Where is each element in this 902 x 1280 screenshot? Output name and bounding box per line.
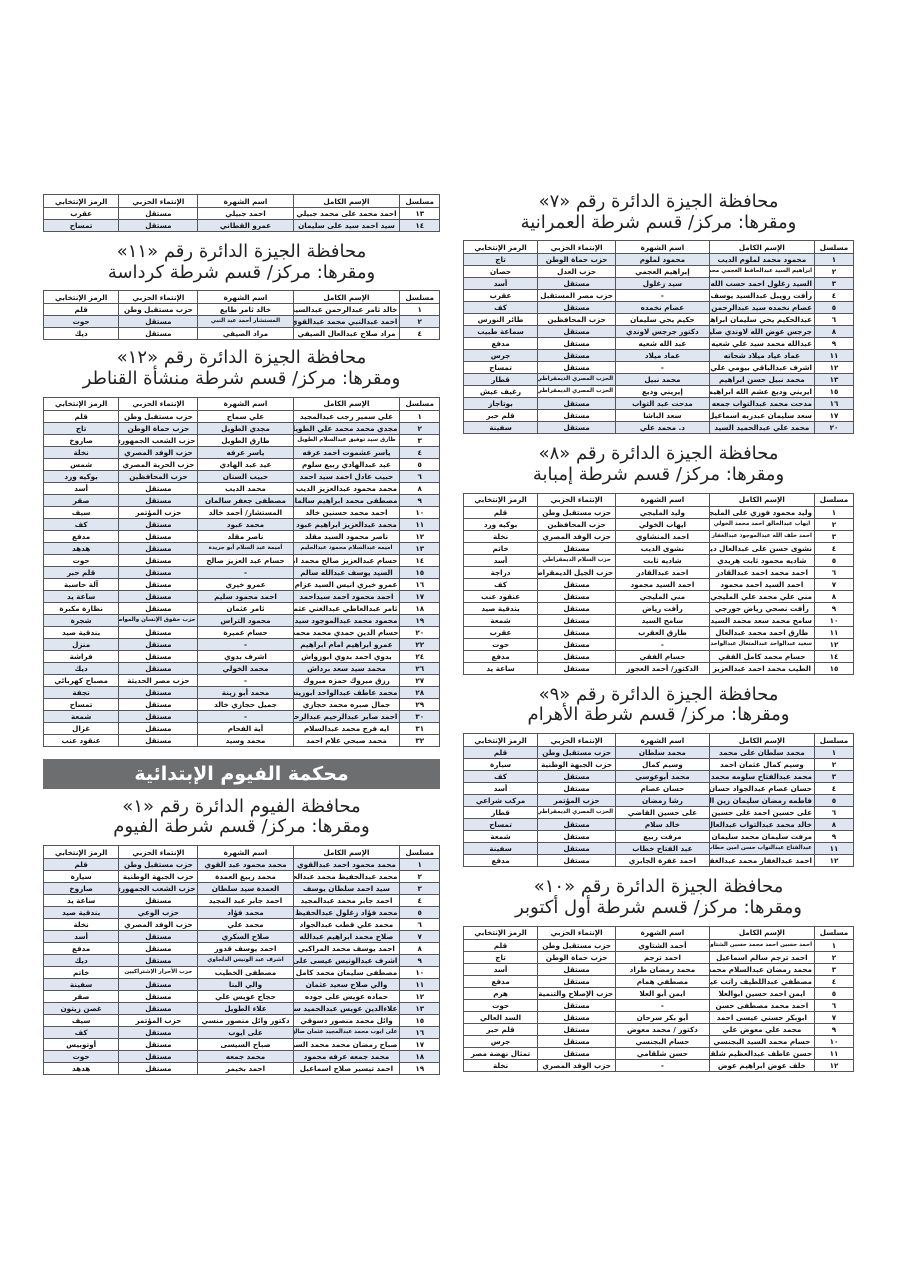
header-serial: مسلسل: [400, 397, 440, 410]
section-title: محافظة الجيزة الدائرة رقم «١٢»ومقرها: مر…: [43, 348, 440, 389]
section-giza-10: محافظة الجيزة الدائرة رقم «١٠»ومقرها: مر…: [463, 877, 854, 1071]
cell-party: مستقل: [538, 1011, 616, 1023]
table-row: ١١حسن عاطف عبدالعظيم شلقاميحسن شلقاميمست…: [464, 1047, 854, 1059]
cell-serial: ١: [815, 939, 854, 951]
cell-serial: ٢: [400, 871, 440, 883]
cell-party: مستقل: [538, 362, 616, 374]
cell-full-name: علاءالدين عويس عبدالحميد سعد: [293, 1003, 400, 1015]
cell-party: مستقل: [119, 734, 198, 746]
header-full-name: الإسم الكامل: [293, 846, 400, 859]
cell-serial: ٣: [815, 278, 854, 290]
cell-symbol: تمثال نهضة مصر: [464, 1047, 538, 1059]
cell-symbol: فراشة: [44, 650, 119, 662]
table-row: ٩رأفت نصحي رياض جورجيرأفت رياضمستقلبندقي…: [464, 602, 854, 614]
cell-known-name: سامح السيد: [616, 614, 710, 626]
cell-full-name: حسام محمد كامل الفقي: [709, 650, 814, 662]
table-row: ١٥السيد يوسف عبدالله سالم-مستقلقلم حبر: [44, 566, 440, 578]
cell-symbol: أسد: [464, 278, 538, 290]
cell-known-name: حسام الفقي: [616, 650, 710, 662]
cell-party: مستقل: [119, 991, 198, 1003]
table-header-row: مسلسلالإسم الكاملاسم الشهرةالإنتماء الحز…: [464, 241, 854, 254]
cell-symbol: حوت: [44, 554, 119, 566]
cell-serial: ١٢: [815, 362, 854, 374]
cell-symbol: تمساح: [464, 819, 538, 831]
title-line-district: محافظة الجيزة الدائرة رقم «٩»: [463, 685, 854, 706]
cell-serial: ١٧: [400, 1039, 440, 1051]
cell-symbol: عقرب: [44, 208, 119, 220]
cell-known-name: المستشار أحمد عبد النبي: [198, 316, 293, 328]
cell-full-name: محمد علي معوض علي: [709, 1023, 814, 1035]
cell-party: مستقل: [119, 943, 198, 955]
cell-party: مستقل: [538, 302, 616, 314]
cell-symbol: حوت: [44, 316, 119, 328]
table-header-row: مسلسلالإسم الكاملاسم الشهرةالإنتماء الحز…: [464, 926, 854, 939]
cell-known-name: احمد السيد محمود: [616, 578, 710, 590]
cell-symbol: بوكيه ورد: [464, 518, 538, 530]
cell-serial: ٢٠: [815, 422, 854, 434]
cell-known-name: وسيم كمال: [616, 759, 710, 771]
cell-serial: ١: [815, 747, 854, 759]
header-known-name: اسم الشهرة: [616, 493, 710, 506]
table-row: ٣محمد رمضان عبدالسلام محمدمحمد رمضان طرا…: [464, 963, 854, 975]
cell-serial: ٢: [815, 759, 854, 771]
table-row: ٣احمد خلف الله عبدالموجود عبدالغفاراحمد …: [464, 530, 854, 542]
candidates-table: مسلسلالإسم الكاملاسم الشهرةالإنتماء الحز…: [463, 926, 854, 1072]
cell-full-name: خلف عوض ابراهيم عوض: [709, 1059, 814, 1071]
cell-party: حزب مستقبل وطن: [538, 747, 616, 759]
cell-party: حزب الشعب الجمهوري: [119, 434, 198, 446]
header-full-name: الإسم الكامل: [293, 195, 400, 208]
table-header-row: مسلسلالإسم الكاملاسم الشهرةالإنتماء الحز…: [464, 734, 854, 747]
cell-known-name: محمد الخولي: [198, 662, 293, 674]
cell-serial: ٣: [815, 771, 854, 783]
cell-known-name: محمد سلطان: [616, 747, 710, 759]
cell-party: مستقل: [119, 1051, 198, 1063]
cell-full-name: احمد حسين احمد محمد حسين الشتاوي: [709, 939, 814, 951]
table-row: ١١والي صلاح سعيد عثمانوالي البنامستقلسفي…: [44, 979, 440, 991]
cell-party: حزب مستقبل وطن: [119, 304, 198, 316]
cell-full-name: صباح رمضان محمد محمد السيسى: [293, 1039, 400, 1051]
cell-party: حزب مصر الحديثة: [119, 674, 198, 686]
table-row: ٢محمد عبدالحفيظ محمد عبدالحفيظمحمد ربيع …: [44, 871, 440, 883]
cell-full-name: محمد عاطف عبدالواحد ابوزينه: [293, 686, 400, 698]
cell-symbol: خاتم: [464, 542, 538, 554]
candidates-table: مسلسلالإسم الكاملاسم الشهرةالإنتماء الحز…: [463, 733, 854, 867]
cell-full-name: حبيب عادل احمد سيد احمد: [293, 470, 400, 482]
header-serial: مسلسل: [815, 241, 854, 254]
cell-known-name: العمدة سيد سلطان: [198, 883, 293, 895]
table-row: ١٥ايريني وديع عشم الله ابراهيمإيريني ودي…: [464, 386, 854, 398]
cell-full-name: محمد جمعه عرفه محمود: [293, 1051, 400, 1063]
cell-full-name: احمد جابر محمد عبدالمجيد: [293, 895, 400, 907]
cell-known-name: على ايوب: [198, 1027, 293, 1039]
cell-symbol: بوكيه ورد: [44, 470, 119, 482]
cell-party: الحزب المصري الديمقراطي الإجتماعي: [538, 386, 616, 398]
table-row: ٦محمد علي قطب عبدالجوادمحمد عليحزب الوفد…: [44, 919, 440, 931]
cell-symbol: نخلة: [464, 530, 538, 542]
cell-symbol: شمعة: [464, 614, 538, 626]
table-row: ١محمد سلطان على محمدمحمد سلطانحزب مستقبل…: [464, 747, 854, 759]
cell-serial: ١١: [815, 626, 854, 638]
cell-serial: ٥: [815, 795, 854, 807]
cell-party: مستقل: [119, 1003, 198, 1015]
cell-symbol: حوت: [464, 999, 538, 1011]
header-symbol: الرمز الإنتخابي: [44, 195, 119, 208]
cell-party: مستقل: [119, 590, 198, 602]
cell-full-name: عمرو خيري انيس السيد عزام: [293, 578, 400, 590]
cell-serial: ٧: [815, 1011, 854, 1023]
cell-party: مستقل: [119, 895, 198, 907]
cell-serial: ٥: [815, 302, 854, 314]
cell-serial: ١: [400, 304, 440, 316]
cell-party: مستقل: [119, 602, 198, 614]
cell-serial: ٣: [400, 883, 440, 895]
cell-serial: ١٦: [400, 578, 440, 590]
cell-symbol: قلم: [44, 304, 119, 316]
cell-serial: ١٠: [400, 967, 440, 979]
cell-party: مستقل: [538, 963, 616, 975]
table-row: ٥ايمن احمد حسين ابوالعلاايمن أبو العلاحز…: [464, 987, 854, 999]
cell-serial: ١٠: [815, 1035, 854, 1047]
cell-full-name: سيد احمد سلطان يوسف: [293, 883, 400, 895]
cell-known-name: مرفت ربيع: [616, 831, 710, 843]
cell-party: مستقل: [538, 1023, 616, 1035]
cell-serial: ٣٠: [400, 710, 440, 722]
cell-symbol: نجفة: [44, 686, 119, 698]
cell-symbol: منزل: [44, 638, 119, 650]
cell-party: مستقل: [538, 855, 616, 867]
cell-party: مستقل: [119, 686, 198, 698]
cell-known-name: محمد عبود: [198, 518, 293, 530]
cell-party: مستقل: [538, 626, 616, 638]
table-row: ١خالد ثامر عبدالرحمن عبدالسيدخالد ثامر ط…: [44, 304, 440, 316]
cell-symbol: حصان: [464, 266, 538, 278]
header-full-name: الإسم الكامل: [709, 241, 814, 254]
cell-full-name: اشرف عبدالونيس عيسى على: [293, 955, 400, 967]
section-title: محافظة الجيزة الدائرة رقم «٨»ومقرها: مرك…: [463, 444, 854, 485]
cell-full-name: خالد ثامر عبدالرحمن عبدالسيد: [293, 304, 400, 316]
cell-known-name: احمد جابر عبد المجيد: [198, 895, 293, 907]
cell-full-name: عبدالحكيم يحي سليمان ابراهيم: [709, 314, 814, 326]
table-row: ٧ابوبكر حسني عيسى احمدأبو بكر سرحانمستقل…: [464, 1011, 854, 1023]
cell-known-name: احمد جبيلي: [198, 208, 293, 220]
cell-full-name: رأفت نصحي رياض جورجي: [709, 602, 814, 614]
cell-serial: ٥: [815, 554, 854, 566]
cell-party: مستقل: [538, 578, 616, 590]
table-row: ٦احمد محمد احمد عبدالقادراحمد عبدالقادرح…: [464, 566, 854, 578]
title-line-seat: ومقرها: مركز/ قسم شرطة أول أكتوبر: [463, 898, 854, 919]
cell-serial: ٨: [815, 590, 854, 602]
cell-symbol: شمس: [44, 458, 119, 470]
cell-symbol: تاج: [464, 254, 538, 266]
cell-known-name: المستشار/ أحمد خالد: [198, 506, 293, 518]
cell-full-name: حماده عويس على جوده: [293, 991, 400, 1003]
cell-full-name: احمد تيسير صلاح اسماعيل: [293, 1063, 400, 1075]
cell-symbol: كف: [44, 1027, 119, 1039]
cell-serial: ٩: [815, 602, 854, 614]
cell-party: مستقل: [538, 602, 616, 614]
table-row: ٤احمد جابر محمد عبدالمجيداحمد جابر عبد ا…: [44, 895, 440, 907]
cell-full-name: عصام نخمده سيد عبدالرحمن: [709, 302, 814, 314]
cell-party: مستقل: [538, 338, 616, 350]
table-row: ١٠مصطفى سليمان محمد كاملمصطفى الخطيبحزب …: [44, 967, 440, 979]
table-row: ٨خالد محمد عبدالتواب عبدالعالخالد سلاممس…: [464, 819, 854, 831]
cell-full-name: مرفت سليمان محمد سليمان ربيع: [709, 831, 814, 843]
cell-symbol: صقر: [44, 494, 119, 506]
cell-party: الحزب المصري الديمقراطي الإجتماعي: [538, 807, 616, 819]
cell-known-name: مدحت عبد التواب: [616, 398, 710, 410]
header-full-name: الإسم الكامل: [293, 291, 400, 304]
cell-full-name: بدوي احمد بدوي ابوزواش: [293, 650, 400, 662]
cell-known-name: احمد محمود سليم: [198, 590, 293, 602]
cell-full-name: محمد علي قطب عبدالجواد: [293, 919, 400, 931]
cell-full-name: محمود محمد لملوم الديب: [709, 254, 814, 266]
cell-known-name: والي البنا: [198, 979, 293, 991]
table-row: ٤نشوى حسن على عبدالعال ديبنشوى الديبمستق…: [464, 542, 854, 554]
cell-known-name: حسام عبد العزيز صالح: [198, 554, 293, 566]
header-party: الإنتماء الحزبي: [538, 734, 616, 747]
cell-party: مستقل: [538, 326, 616, 338]
cell-known-name: حكيم يحي سليمان: [616, 314, 710, 326]
cell-known-name: محمد جمعه: [198, 1051, 293, 1063]
cell-full-name: ابوبكر حسني عيسى احمد: [709, 1011, 814, 1023]
cell-known-name: حجاج عويس علي: [198, 991, 293, 1003]
table-row: ٥فاطمه رمضان سليمان زين الدينرشا رمضانحز…: [464, 795, 854, 807]
table-row: ١احمد حسين احمد محمد حسين الشتاويأحمد ال…: [464, 939, 854, 951]
cell-serial: ١١: [815, 350, 854, 362]
table-row: ٢٢عمرو ابراهيم امام ابراهيم-مستقلمنزل: [44, 638, 440, 650]
table-row: ٦عبدالحكيم يحي سليمان ابراهيمحكيم يحي سل…: [464, 314, 854, 326]
table-row: ١٧احمد محمود احمد سيداحمداحمد محمود سليم…: [44, 590, 440, 602]
cell-symbol: أسد: [464, 963, 538, 975]
title-line-district: محافظة الجيزة الدائرة رقم «١١»: [43, 242, 440, 263]
header-party: الإنتماء الحزبي: [119, 397, 198, 410]
cell-party: حزب الجبهة الوطنية: [119, 871, 198, 883]
cell-known-name: أية الفحام: [198, 722, 293, 734]
cell-known-name: علي سماح: [198, 410, 293, 422]
cell-known-name: احمد بخيمر: [198, 1063, 293, 1075]
cell-party: حزب الوعي: [119, 907, 198, 919]
right-column: محافظة الجيزة الدائرة رقم «٧»ومقرها: مرك…: [463, 188, 854, 1072]
cell-serial: ١٨: [400, 602, 440, 614]
table-row: ٦على حسين احمد على حسينعلى حسين القاضيال…: [464, 807, 854, 819]
title-line-seat: ومقرها: مركز/ قسم شرطة الفيوم: [43, 817, 440, 838]
cell-symbol: نظارة مكبرة: [44, 602, 119, 614]
table-row: ١٢سعيد عبدالواحد عبدالمتعال عبدالواحد-مس…: [464, 638, 854, 650]
table-row: ٧احمد السيد احمد محموداحمد السيد محمودمس…: [464, 578, 854, 590]
section-title: محافظة الجيزة الدائرة رقم «١١»ومقرها: مر…: [43, 242, 440, 283]
table-row: ٩اشرف عبدالونيس عيسى علىاشرف عبد الونيس …: [44, 955, 440, 967]
table-row: ١٣اميمه عبدالسلام محمود عبدالحليمأميمة ع…: [44, 542, 440, 554]
cell-full-name: محمد علي عبدالحميد السيد: [709, 422, 814, 434]
cell-known-name: طارق الطويل: [198, 434, 293, 446]
cell-symbol: قطار: [464, 374, 538, 386]
cell-serial: ٦: [815, 314, 854, 326]
header-party: الإنتماء الحزبي: [538, 926, 616, 939]
cell-serial: ٢٩: [400, 698, 440, 710]
cell-symbol: نخلة: [44, 446, 119, 458]
title-line-seat: ومقرها: مركز/ قسم شرطة كرداسة: [43, 263, 440, 284]
cell-serial: ١: [400, 859, 440, 871]
table-row: ٢ابراهيم السيد عبدالحافظ العجمي محمدإبرا…: [464, 266, 854, 278]
cell-serial: ٢: [400, 422, 440, 434]
cell-full-name: اشرف عبدالباقي بيومي علي: [709, 362, 814, 374]
cell-serial: ٩: [815, 338, 854, 350]
cell-serial: ١١: [400, 979, 440, 991]
cell-serial: ١: [815, 506, 854, 518]
cell-symbol: سيف: [44, 506, 119, 518]
cell-known-name: أبو بكر سرحان: [616, 1011, 710, 1023]
table-row: ١علي سمير رجب عبدالمجيدعلي سماححزب مستقب…: [44, 410, 440, 422]
cell-symbol: جرس: [464, 350, 538, 362]
cell-full-name: محمود محمد عبدالموجود سيد احمد: [293, 614, 400, 626]
cell-party: مستقل: [119, 1063, 198, 1075]
cell-symbol: عقرب: [464, 626, 538, 638]
cell-party: مستقل: [119, 979, 198, 991]
title-line-district: محافظة الجيزة الدائرة رقم «٧»: [463, 192, 854, 213]
cell-symbol: حوت: [44, 1051, 119, 1063]
cell-symbol: بوتاجاز: [464, 398, 538, 410]
table-row: ٩محمد علي معوض عليدكتور / محمد معوضمستقل…: [464, 1023, 854, 1035]
cell-party: حزب حقوق الإنسان والمواطنة: [119, 614, 198, 626]
cell-full-name: سامح محمد سعد محمد السيد: [709, 614, 814, 626]
cell-full-name: احمد محمد مصطفى حسن: [709, 999, 814, 1011]
cell-serial: ٦: [400, 919, 440, 931]
cell-symbol: أسد: [464, 783, 538, 795]
table-row: ١محمد محمود احمد عبدالقويمحمد محمود عبد …: [44, 859, 440, 871]
cell-symbol: كف: [464, 302, 538, 314]
cell-serial: ٤: [815, 975, 854, 987]
cell-serial: ١٥: [400, 566, 440, 578]
cell-known-name: خالد ثامر طايع: [198, 304, 293, 316]
cell-symbol: مركب شراعي: [464, 795, 538, 807]
cell-full-name: حسن عاطف عبدالعظيم شلقامي: [709, 1047, 814, 1059]
cell-known-name: عيد عبد الهادي: [198, 458, 293, 470]
cell-full-name: عيد عبدالهادي ربيع سلوم: [293, 458, 400, 470]
cell-party: حزب الوفد المصري: [538, 530, 616, 542]
table-row: ١١عبدالفتاح عبدالتواب حسن امين خطابعبد ا…: [464, 843, 854, 855]
cell-symbol: قلم: [464, 939, 538, 951]
table-row: ١٩احمد تيسير صلاح اسماعيلاحمد بخيمرمستقل…: [44, 1063, 440, 1075]
cell-party: مستقل: [538, 1035, 616, 1047]
cell-serial: ٦: [400, 470, 440, 482]
cell-known-name: -: [616, 1059, 710, 1071]
table-row: ٤حسان عصام عبدالجواد حسانحسان عصاممستقلأ…: [464, 783, 854, 795]
cell-symbol: نخلة: [44, 919, 119, 931]
cell-symbol: تمساح: [464, 362, 538, 374]
cell-symbol: قلم: [464, 747, 538, 759]
cell-symbol: ساعة يد: [44, 590, 119, 602]
cell-serial: ١٤: [400, 554, 440, 566]
cell-serial: ١٣: [815, 374, 854, 386]
cell-party: مستقل: [119, 626, 198, 638]
header-party: الإنتماء الحزبي: [538, 241, 616, 254]
cell-full-name: ابراهيم السيد عبدالحافظ العجمي محمد: [709, 266, 814, 278]
cell-serial: ٥: [815, 987, 854, 999]
cell-symbol: قلم: [44, 410, 119, 422]
cell-known-name: مراد الصيفي: [198, 328, 293, 340]
header-full-name: الإسم الكامل: [293, 397, 400, 410]
cell-full-name: محمد عبدالحفيظ محمد عبدالحفيظ: [293, 871, 400, 883]
header-party: الإنتماء الحزبي: [119, 195, 198, 208]
cell-symbol: سيف: [44, 1015, 119, 1027]
cell-party: مستقل: [119, 220, 198, 232]
cell-serial: ١٨: [400, 1051, 440, 1063]
cell-party: حزب الوفد المصري: [119, 446, 198, 458]
cell-party: مستقل: [538, 638, 616, 650]
cell-full-name: نشوى حسن على عبدالعال ديب: [709, 542, 814, 554]
cell-known-name: عبد الله شعيه: [616, 338, 710, 350]
table-row: ١٣محمد نبيل حسن ابراهيممحمد نبيلالحزب ال…: [464, 374, 854, 386]
cell-full-name: وليد محمود فوزي على المليجي: [709, 506, 814, 518]
cell-party: حزب حماة الوطن: [538, 254, 616, 266]
cell-known-name: مجدي الطويل: [198, 422, 293, 434]
cell-serial: ٣١: [400, 722, 440, 734]
table-row: ١٠سامح محمد سعد محمد السيدسامح السيدمستق…: [464, 614, 854, 626]
cell-symbol: كف: [464, 771, 538, 783]
cell-serial: ٥: [400, 907, 440, 919]
cell-party: مستقل: [538, 1047, 616, 1059]
cell-symbol: ديك: [44, 328, 119, 340]
cell-known-name: د. محمد علي: [616, 422, 710, 434]
section-giza-7: محافظة الجيزة الدائرة رقم «٧»ومقرها: مرك…: [463, 192, 854, 434]
cell-full-name: محمد سلطان على محمد: [709, 747, 814, 759]
cell-party: مستقل: [538, 650, 616, 662]
table-row: ٣٢محمد صبحي علام احمدمحمد وسيدمستقلعنقود…: [44, 734, 440, 746]
cell-known-name: ايهاب الخولي: [616, 518, 710, 530]
section-giza-12: محافظة الجيزة الدائرة رقم «١٢»ومقرها: مر…: [43, 348, 440, 746]
section-title: محافظة الفيوم الدائرة رقم «١»ومقرها: مرك…: [43, 797, 440, 838]
cell-serial: ١٥: [815, 386, 854, 398]
cell-known-name: -: [616, 638, 710, 650]
cell-full-name: ايهاب عبدالخالق احمد محمد الخولي: [709, 518, 814, 530]
cell-full-name: وسيم كمال عثمان احمد: [709, 759, 814, 771]
table-row: ٥محمد فؤاد زغلول عبدالحفيظمحمد فؤادحزب ا…: [44, 907, 440, 919]
table-row: ١٩محمود محمد عبدالموجود سيد احمدمحمود ال…: [44, 614, 440, 626]
cell-party: مستقل: [119, 208, 198, 220]
section-title: محافظة الجيزة الدائرة رقم «٩»ومقرها: مرك…: [463, 685, 854, 726]
table-row: ١١محمد عبدالعزيز ابراهيم عبودمحمد عبودمس…: [44, 518, 440, 530]
cell-known-name: خالد سلام: [616, 819, 710, 831]
table-header-row: مسلسلالإسم الكاملاسم الشهرةالإنتماء الحز…: [44, 397, 440, 410]
table-row: ٣السيد زغلول احمد حسب اللهسيد زغلولمستقل…: [464, 278, 854, 290]
candidates-table: مسلسلالإسم الكاملاسم الشهرةالإنتماء الحز…: [43, 290, 440, 340]
cell-symbol: سفينة: [464, 843, 538, 855]
cell-serial: ١٣: [400, 1003, 440, 1015]
cell-symbol: صاروخ: [44, 434, 119, 446]
section-giza-8: محافظة الجيزة الدائرة رقم «٨»ومقرها: مرك…: [463, 444, 854, 674]
cell-known-name: مصطفى جعفر سالمان: [198, 494, 293, 506]
cell-serial: ١٧: [815, 410, 854, 422]
title-line-seat: ومقرها: مركز/ قسم شرطة إمبابة: [463, 465, 854, 486]
cell-full-name: احمد محمد احمد عبدالقادر: [709, 566, 814, 578]
cell-serial: ٢: [815, 518, 854, 530]
cell-full-name: احمد يوسف محمد المراكبي: [293, 943, 400, 955]
cell-party: مستقل: [119, 1039, 198, 1051]
cell-party: مستقل: [538, 999, 616, 1011]
cell-full-name: سعيد عبدالواحد عبدالمتعال عبدالواحد: [709, 638, 814, 650]
cell-party: مستقل: [538, 278, 616, 290]
cell-known-name: عماد ميلاد: [616, 350, 710, 362]
cell-full-name: احمد صابر عبدالرحيم عبدالرحمن: [293, 710, 400, 722]
cell-known-name: رشا رمضان: [616, 795, 710, 807]
cell-full-name: طارق سيد توفيق عبدالسلام الطويل: [293, 434, 400, 446]
table-row: ٤مصطفي عبداللطيف راتب عياطمصطفي هماممستق…: [464, 975, 854, 987]
table-row: ٦حبيب عادل احمد سيد احمدحبيب السنانحزب ا…: [44, 470, 440, 482]
cell-known-name: سعد الباشا: [616, 410, 710, 422]
table-row: ٩عبدالله محمد سيد علي شعيهعبد الله شعيهم…: [464, 338, 854, 350]
cell-party: مستقل: [119, 542, 198, 554]
